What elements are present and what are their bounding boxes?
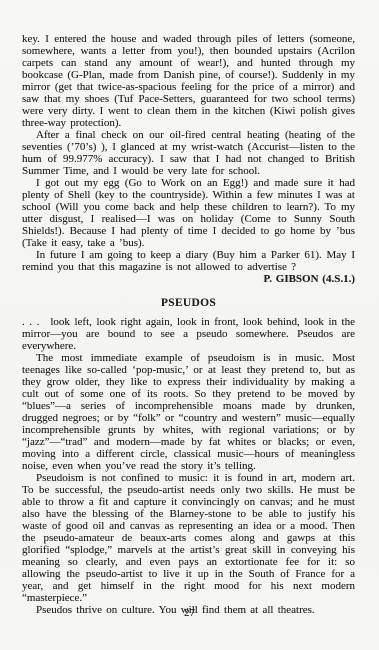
magazine-page: key. I entered the house and waded throu… <box>0 0 379 650</box>
diary-paragraph-continuation: key. I entered the house and waded throu… <box>22 33 355 129</box>
article-title: PSEUDOS <box>22 297 355 310</box>
article-diary: key. I entered the house and waded throu… <box>22 33 355 286</box>
article-pseudos: PSEUDOS . . . look left, look right agai… <box>22 297 355 616</box>
diary-paragraph: In future I am going to keep a diary (Bu… <box>22 249 355 273</box>
pseudos-paragraph: The most immediate example of pseudoism … <box>22 352 355 472</box>
diary-paragraph: I got out my egg (Go to Work on an Egg!)… <box>22 177 355 249</box>
pseudos-paragraph: Pseudoism is not confined to music: it i… <box>22 472 355 604</box>
pseudos-paragraph-lead: . . . look left, look right again, look … <box>22 316 355 352</box>
page-number: 27 <box>0 607 379 619</box>
diary-paragraph: After a final check on our oil-fired cen… <box>22 129 355 177</box>
article-byline: P. GIBSON (4.S.1.) <box>22 273 355 286</box>
